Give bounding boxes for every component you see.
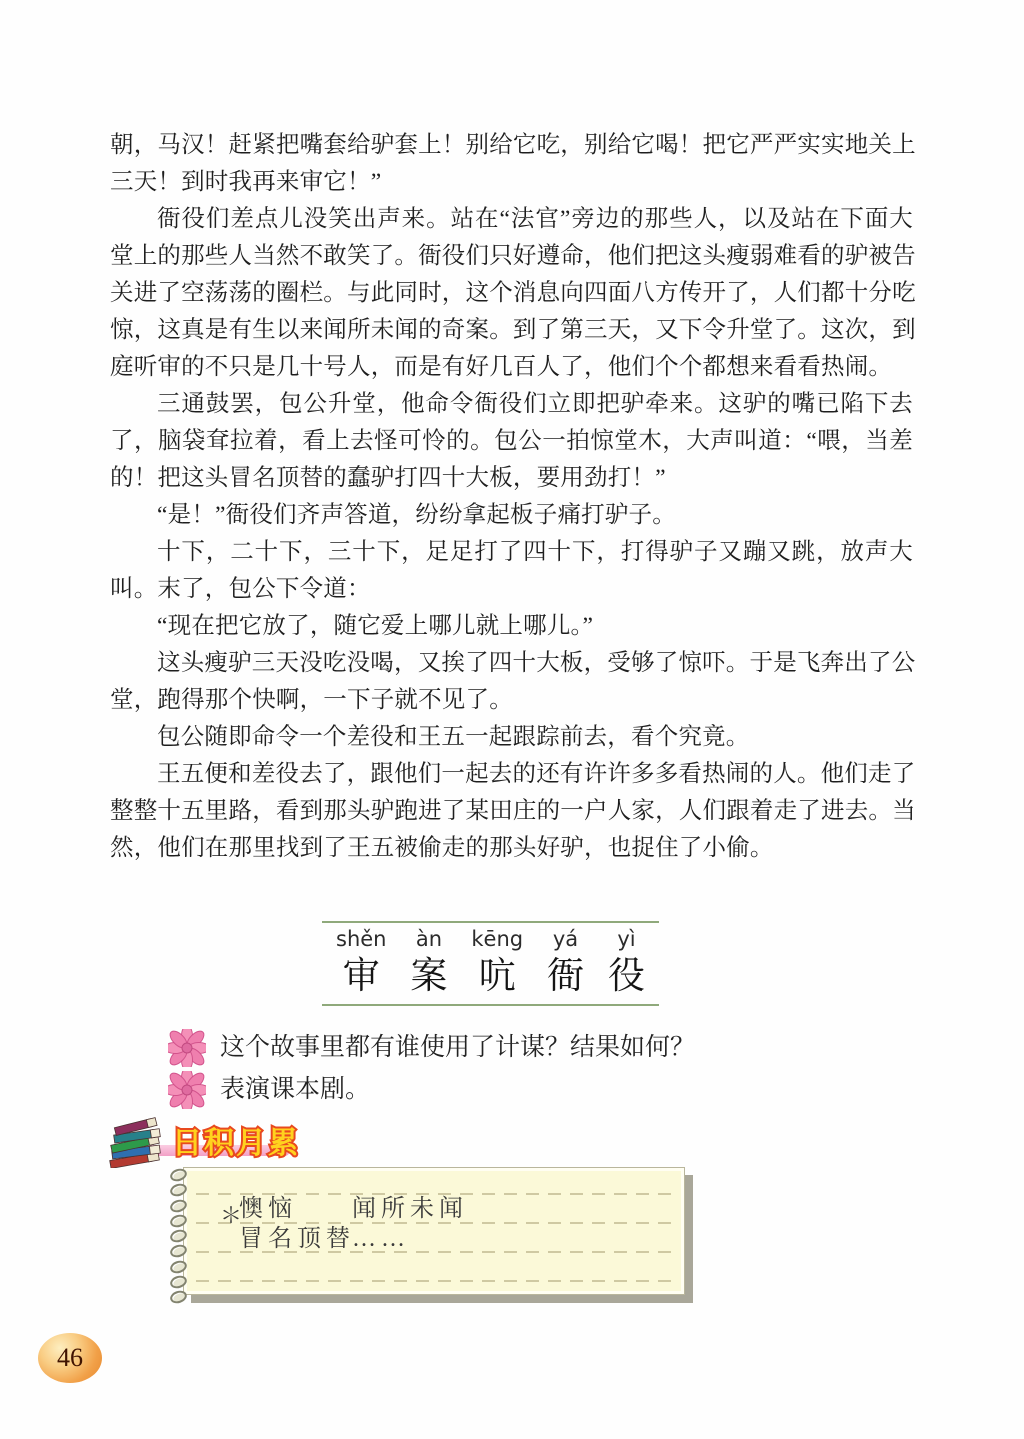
story-line: 三天！到时我再来审它！” bbox=[110, 164, 913, 201]
binder-ring-icon bbox=[169, 1212, 189, 1229]
pinyin-label: shěn bbox=[336, 926, 386, 952]
accumulate-title-text: 日积月累 bbox=[172, 1127, 300, 1160]
story-text-block: 朝，马汉！赶紧把嘴套给驴套上！别给它吃，别给它喝！把它严严实实地关上 三天！到时… bbox=[110, 127, 913, 867]
story-line: 朝，马汉！赶紧把嘴套给驴套上！别给它吃，别给它喝！把它严严实实地关上 bbox=[110, 127, 913, 164]
story-line: 的！把这头冒名顶替的蠢驴打四十大板，要用劲打！” bbox=[110, 460, 913, 497]
story-line: 堂上的那些人当然不敢笑了。衙役们只好遵命，他们把这头瘦弱难看的驴被告 bbox=[110, 238, 913, 275]
hanzi-char: 案 bbox=[410, 952, 447, 1002]
binder-ring-icon bbox=[169, 1289, 189, 1306]
vocabulary-notepad: ＊ 懊恼 闻所未闻 冒名顶替 …… bbox=[183, 1167, 685, 1295]
story-line: 然，他们在那里找到了王五被偷走的那头好驴，也捉住了小偷。 bbox=[110, 830, 913, 867]
question-text: 表演课本剧。 bbox=[220, 1071, 370, 1109]
question-row: 表演课本剧。 bbox=[168, 1071, 370, 1109]
hanzi-char: 役 bbox=[608, 952, 645, 1002]
story-line: 包公随即命令一个差役和王五一起跟踪前去，看个究竟。 bbox=[110, 719, 913, 756]
hanzi-char: 衙 bbox=[547, 952, 584, 1002]
book-stack-icon bbox=[108, 1116, 168, 1168]
flower-bullet-icon bbox=[168, 1071, 206, 1109]
binder-ring-icon bbox=[169, 1182, 189, 1199]
pinyin-label: yá bbox=[553, 926, 578, 952]
textbook-page: 朝，马汉！赶紧把嘴套给驴套上！别给它吃，别给它喝！把它严严实实地关上 三天！到时… bbox=[0, 0, 1024, 1439]
story-line: 庭听审的不只是几十号人，而是有好几百人了，他们个个都想来看看热闹。 bbox=[110, 349, 913, 386]
hanzi-char: 吭 bbox=[479, 952, 516, 1002]
story-line: 三通鼓罢，包公升堂，他命令衙役们立即把驴牵来。这驴的嘴已陷下去 bbox=[110, 386, 913, 423]
binder-ring-icon bbox=[169, 1167, 189, 1184]
story-line: 这头瘦驴三天没吃没喝，又挨了四十大板，受够了惊吓。于是飞奔出了公 bbox=[110, 645, 913, 682]
question-text: 这个故事里都有谁使用了计谋？结果如何？ bbox=[220, 1029, 695, 1067]
binder-ring-icon bbox=[169, 1228, 189, 1245]
story-line: 衙役们差点儿没笑出声来。站在“法官”旁边的那些人，以及站在下面大 bbox=[110, 201, 913, 238]
new-word: yá 衙 bbox=[547, 926, 584, 1004]
new-word: yì 役 bbox=[608, 926, 645, 1004]
story-line: “现在把它放了，随它爱上哪儿就上哪儿。” bbox=[110, 608, 913, 645]
hanzi-char: 审 bbox=[343, 952, 380, 1002]
new-word: shěn 审 bbox=[336, 926, 386, 1004]
spiral-binding bbox=[170, 1169, 196, 1303]
new-word: àn 案 bbox=[410, 926, 447, 1004]
binder-ring-icon bbox=[169, 1243, 189, 1260]
new-word: kēng 吭 bbox=[471, 926, 523, 1004]
story-line: 了，脑袋耷拉着，看上去怪可怜的。包公一拍惊堂木，大声叫道：“喂，当差 bbox=[110, 423, 913, 460]
binder-ring-icon bbox=[169, 1197, 189, 1214]
story-line: “是！”衙役们齐声答道，纷纷拿起板子痛打驴子。 bbox=[110, 497, 913, 534]
story-line: 王五便和差役去了，跟他们一起去的还有许许多多看热闹的人。他们走了 bbox=[110, 756, 913, 793]
flower-bullet-icon bbox=[168, 1029, 206, 1067]
story-line: 堂，跑得那个快啊，一下子就不见了。 bbox=[110, 682, 913, 719]
story-line: 惊，这真是有生以来闻所未闻的奇案。到了第三天，又下令升堂了。这次，到 bbox=[110, 312, 913, 349]
vocab-word: 懊恼 bbox=[239, 1194, 297, 1224]
binder-ring-icon bbox=[169, 1258, 189, 1275]
page-number-badge: 46 bbox=[38, 1333, 102, 1383]
pinyin-label: yì bbox=[617, 926, 635, 952]
story-line: 十下，二十下，三十下，足足打了四十下，打得驴子又蹦又跳，放声大 bbox=[110, 534, 913, 571]
accumulate-title: 日积月累 bbox=[168, 1120, 338, 1164]
story-line: 叫。末了，包公下令道： bbox=[110, 571, 913, 608]
page-number: 46 bbox=[57, 1343, 83, 1373]
question-row: 这个故事里都有谁使用了计谋？结果如何？ bbox=[168, 1029, 695, 1067]
vocab-ellipsis: …… bbox=[352, 1224, 410, 1254]
new-words-strip: shěn 审 àn 案 kēng 吭 yá 衙 yì 役 bbox=[322, 921, 659, 1006]
story-line: 关进了空荡荡的圈栏。与此同时，这个消息向四面八方传开了，人们都十分吃 bbox=[110, 275, 913, 312]
story-line: 整整十五里路，看到那头驴跑进了某田庄的一户人家，人们跟着走了进去。当 bbox=[110, 793, 913, 830]
pinyin-label: kēng bbox=[471, 926, 523, 952]
pinyin-label: àn bbox=[416, 926, 442, 952]
vocab-word: 闻所未闻 bbox=[352, 1194, 468, 1224]
vocab-word: 冒名顶替 bbox=[239, 1224, 355, 1254]
accumulate-banner: 日积月累 bbox=[108, 1116, 408, 1170]
notepad-ruled-line bbox=[196, 1280, 672, 1282]
binder-ring-icon bbox=[169, 1273, 189, 1290]
